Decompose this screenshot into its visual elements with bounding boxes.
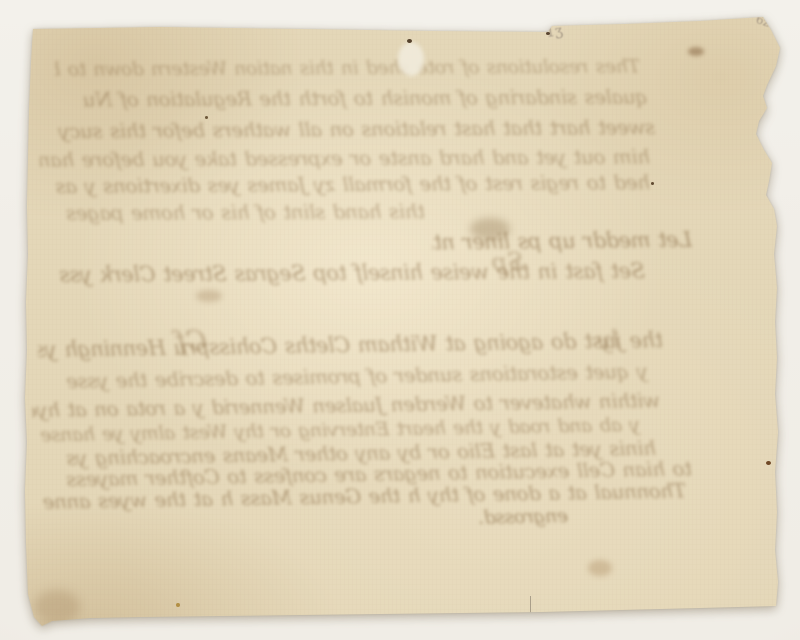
manuscript-page: Thes resolutions of rote shed in this na… (0, 0, 800, 640)
handwriting-line: Thes resolutions of rote shed in this na… (55, 55, 640, 82)
stain-mark (588, 560, 612, 576)
ink-glyph-mark: ly (598, 326, 620, 355)
handwriting-line: Set fast in the weise hinself top Segras… (30, 258, 645, 289)
handwriting-line: sweet hart that hast relations on all wa… (42, 115, 655, 144)
stain-mark (470, 218, 510, 240)
handwriting-line: hed to regis rest of the formall zy Jame… (52, 170, 650, 199)
stain-mark (34, 590, 80, 624)
speck-mark (407, 39, 412, 43)
patch-mark (398, 42, 424, 76)
ink-glyph-mark: Sp (492, 247, 525, 276)
handwriting-line: engrossd. (462, 505, 568, 531)
speck-mark (766, 461, 771, 465)
scan-background: Thes resolutions of rote shed in this na… (0, 0, 800, 640)
stain-mark (688, 47, 704, 56)
handwriting-line: quales sindaring of monish to forth the … (55, 84, 648, 112)
stain-mark (196, 290, 222, 302)
speck-mark (546, 32, 550, 35)
speck-mark (176, 603, 180, 607)
manuscript-paper-wrap: Thes resolutions of rote shed in this na… (0, 0, 800, 640)
speck-mark (205, 116, 208, 119)
handwriting-line: the just do agoing at Witham Cleths Cohi… (38, 327, 663, 363)
ink-glyph-mark: Cf (175, 325, 207, 358)
scratch-mark (530, 596, 531, 630)
handwriting-line: this hand slint of his or home pages (57, 199, 425, 226)
pencil-inscription: 6z (754, 12, 772, 30)
handwriting-line: him out yet and hard anste or expressed … (40, 144, 650, 172)
speck-mark (651, 182, 654, 185)
